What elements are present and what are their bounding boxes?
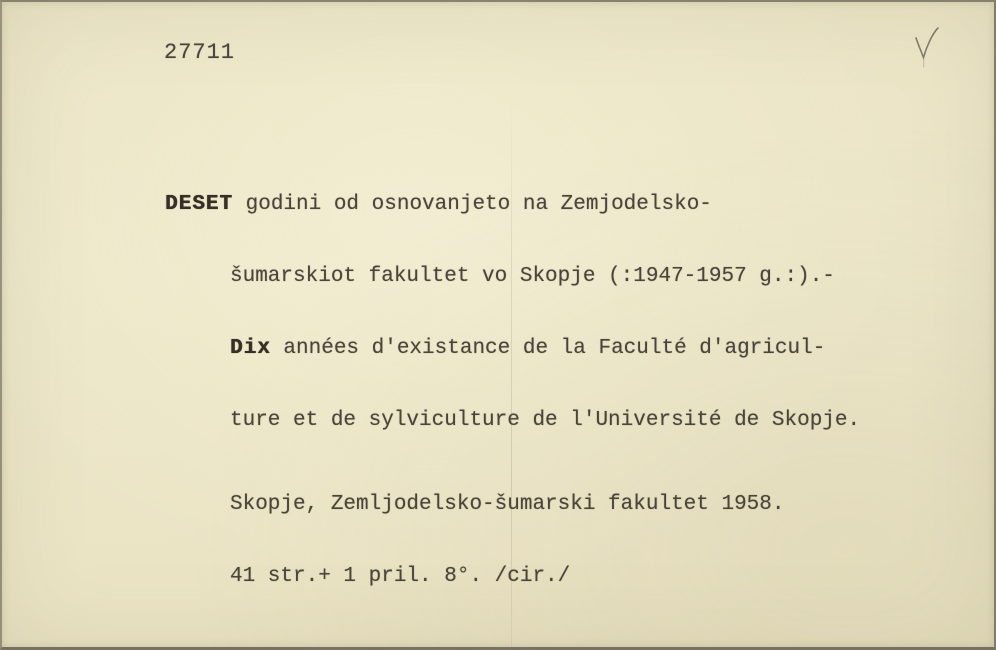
imprint-line: Skopje, Zemljodelsko-šumarski fakultet 1…	[230, 493, 945, 517]
entry-lead-word: DESET	[165, 193, 233, 216]
entry-line-3: Dix années d'existance de la Faculté d'a…	[230, 337, 945, 361]
entry-line-1: DESET godini od osnovanjeto na Zemjodels…	[165, 193, 945, 217]
collation-line: 41 str.+ 1 pril. 8°. /cir./	[230, 565, 945, 589]
entry-line-3-lead: Dix	[230, 337, 271, 360]
entry-line-4: ture et de sylviculture de l'Université …	[230, 409, 945, 433]
entry-line-3-rest: années d'existance de la Faculté d'agric…	[271, 337, 826, 360]
card-crease	[511, 97, 512, 647]
entry-line-1-rest: godini od osnovanjeto na Zemjodelsko-	[233, 193, 712, 216]
catalog-number: 27711	[164, 40, 235, 65]
entry-line-2: šumarskiot fakultet vo Skopje (:1947-195…	[230, 265, 945, 289]
checkmark-icon	[908, 24, 950, 77]
entry-text-block: DESET godini od osnovanjeto na Zemjodels…	[165, 145, 945, 637]
catalog-card: 27711 DESET godini od osnovanjeto na Zem…	[0, 0, 996, 650]
